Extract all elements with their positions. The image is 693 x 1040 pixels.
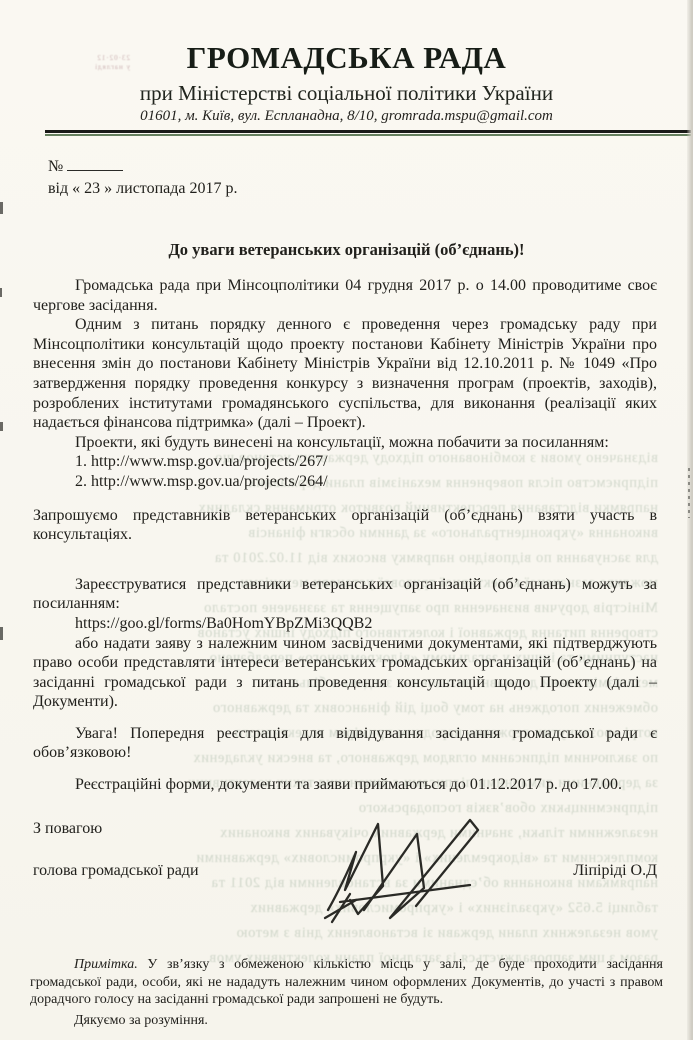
- reference-block: № від « 23 » листопада 2017 р.: [48, 156, 693, 198]
- paragraph-invite: Запрошуємо представників ветеранських ор…: [33, 506, 657, 545]
- letter-content: ГРОМАДСЬКА РАДА при Міністерстві соціаль…: [0, 0, 693, 795]
- footnote-label: Примітка.: [74, 957, 138, 972]
- organization-subtitle: при Міністерстві соціальної політики Укр…: [0, 81, 693, 106]
- letterhead-rule: [45, 130, 691, 136]
- paragraph-attention: Увага! Попередня реєстрація для відвідув…: [33, 724, 657, 763]
- project-link-2: 2. http://www.msp.gov.ua/projects/264/: [33, 472, 657, 492]
- organization-title: ГРОМАДСЬКА РАДА: [0, 40, 693, 76]
- paragraph-register: Зареєструватися представники ветеранськи…: [33, 575, 657, 614]
- registration-form-link: https://goo.gl/forms/Ba0HomYBpZMi3QQB2: [33, 614, 657, 634]
- rule-bottom-line: [45, 134, 691, 136]
- signer-name: Ліпіріді О.Д: [573, 862, 657, 880]
- thanks-line: Дякуємо за розуміння.: [30, 1012, 663, 1030]
- paragraph-session: Громадська рада при Мінсоцполітики 04 гр…: [33, 276, 657, 315]
- paragraph-deadline: Реєстраційні форми, документи та заяви п…: [33, 775, 657, 795]
- reference-number-line: №: [48, 156, 693, 176]
- paragraph-or-apply: або надати заяву з належним чином засвід…: [33, 634, 657, 712]
- document-page: відзначено умови з комбінованого підходу…: [0, 0, 693, 1040]
- rule-top-line: [45, 130, 691, 133]
- footnote-text: Примітка. У зв’язку з обмеженою кількіст…: [30, 956, 663, 1009]
- scan-mark: [0, 202, 3, 214]
- paragraph-projects-intro: Проекти, які будуть винесені на консульт…: [33, 433, 657, 453]
- signer-title: голова громадської ради: [33, 862, 199, 880]
- scan-mark: [0, 422, 3, 431]
- organization-address: 01601, м. Київ, вул. Еспланадна, 8/10, g…: [0, 108, 693, 125]
- reference-number-blank: [67, 156, 123, 171]
- scan-edge-strip: [687, 0, 693, 1040]
- handwritten-signature: [320, 800, 500, 940]
- letter-body: Громадська рада при Мінсоцполітики 04 гр…: [33, 276, 657, 795]
- scan-edge-dashes: [688, 468, 690, 518]
- paragraph-agenda: Одним з питань порядку денного є проведе…: [33, 315, 657, 433]
- scan-mark: [0, 627, 3, 640]
- reference-number-label: №: [48, 158, 63, 175]
- footnote-block: Примітка. У зв’язку з обмеженою кількіст…: [30, 956, 663, 1040]
- scan-mark: [0, 288, 2, 297]
- letterhead: ГРОМАДСЬКА РАДА при Міністерстві соціаль…: [0, 0, 693, 125]
- subject-line: До уваги ветеранських організацій (об’єд…: [0, 240, 693, 260]
- reference-date-line: від « 23 » листопада 2017 р.: [48, 180, 693, 198]
- project-link-1: 1. http://www.msp.gov.ua/projects/267/: [33, 452, 657, 472]
